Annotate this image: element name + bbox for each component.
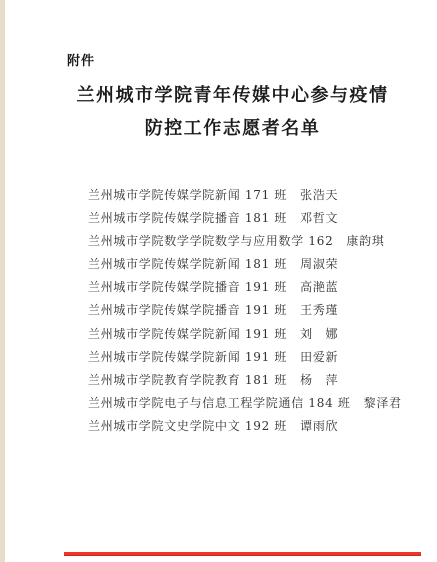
volunteer-name: 谭雨欣 [300,415,338,438]
volunteer-name: 张浩天 [300,184,338,207]
volunteer-class: 兰州城市学院传媒学院新闻 181 班 [88,253,287,276]
volunteer-class: 兰州城市学院传媒学院播音 191 班 [88,299,287,322]
volunteer-row: 兰州城市学院传媒学院新闻 171 班 张浩天 [88,184,418,207]
document-title: 兰州城市学院青年传媒中心参与疫情 防控工作志愿者名单 [50,79,415,145]
volunteer-class: 兰州城市学院传媒学院播音 191 班 [88,276,287,299]
volunteer-row: 兰州城市学院传媒学院新闻 191 班 刘 娜 [88,323,418,346]
volunteer-class: 兰州城市学院教育学院教育 181 班 [88,369,287,392]
volunteer-name: 杨 萍 [300,369,338,392]
volunteer-row: 兰州城市学院传媒学院播音 181 班 邓哲文 [88,207,418,230]
volunteer-name: 王秀瑾 [300,299,338,322]
volunteer-name: 康韵琪 [346,230,384,253]
volunteer-name: 田爱新 [300,346,338,369]
volunteer-row: 兰州城市学院文史学院中文 192 班 谭雨欣 [88,415,418,438]
volunteer-class: 兰州城市学院传媒学院新闻 171 班 [88,184,287,207]
volunteer-row: 兰州城市学院传媒学院播音 191 班 高滟蓝 [88,276,418,299]
volunteer-class: 兰州城市学院传媒学院播音 181 班 [88,207,287,230]
volunteer-row: 兰州城市学院电子与信息工程学院通信 184 班 黎泽君 [88,392,418,415]
volunteer-name: 邓哲文 [300,207,338,230]
volunteer-name: 黎泽君 [364,392,402,415]
volunteer-class: 兰州城市学院文史学院中文 192 班 [88,415,287,438]
page-left-edge-strip [0,0,5,562]
volunteer-class: 兰州城市学院电子与信息工程学院通信 184 班 [88,392,351,415]
volunteer-row: 兰州城市学院传媒学院新闻 191 班 田爱新 [88,346,418,369]
volunteer-class: 兰州城市学院数学学院数学与应用数学 162 [88,230,333,253]
volunteer-name: 周淑荣 [300,253,338,276]
volunteer-class: 兰州城市学院传媒学院新闻 191 班 [88,346,287,369]
document-page: 附件 兰州城市学院青年传媒中心参与疫情 防控工作志愿者名单 兰州城市学院传媒学院… [0,0,437,562]
volunteer-name: 高滟蓝 [300,276,338,299]
volunteer-row: 兰州城市学院传媒学院新闻 181 班 周淑荣 [88,253,418,276]
volunteer-class: 兰州城市学院传媒学院新闻 191 班 [88,323,287,346]
attachment-label: 附件 [67,50,95,69]
volunteer-row: 兰州城市学院数学学院数学与应用数学 162 康韵琪 [88,230,418,253]
volunteer-row: 兰州城市学院教育学院教育 181 班 杨 萍 [88,369,418,392]
title-line-1: 兰州城市学院青年传媒中心参与疫情 [50,79,415,112]
red-divider-bar [64,552,421,556]
title-line-2: 防控工作志愿者名单 [50,112,415,145]
volunteer-list: 兰州城市学院传媒学院新闻 171 班 张浩天 兰州城市学院传媒学院播音 181 … [88,184,418,438]
volunteer-name: 刘 娜 [300,323,338,346]
volunteer-row: 兰州城市学院传媒学院播音 191 班 王秀瑾 [88,299,418,322]
